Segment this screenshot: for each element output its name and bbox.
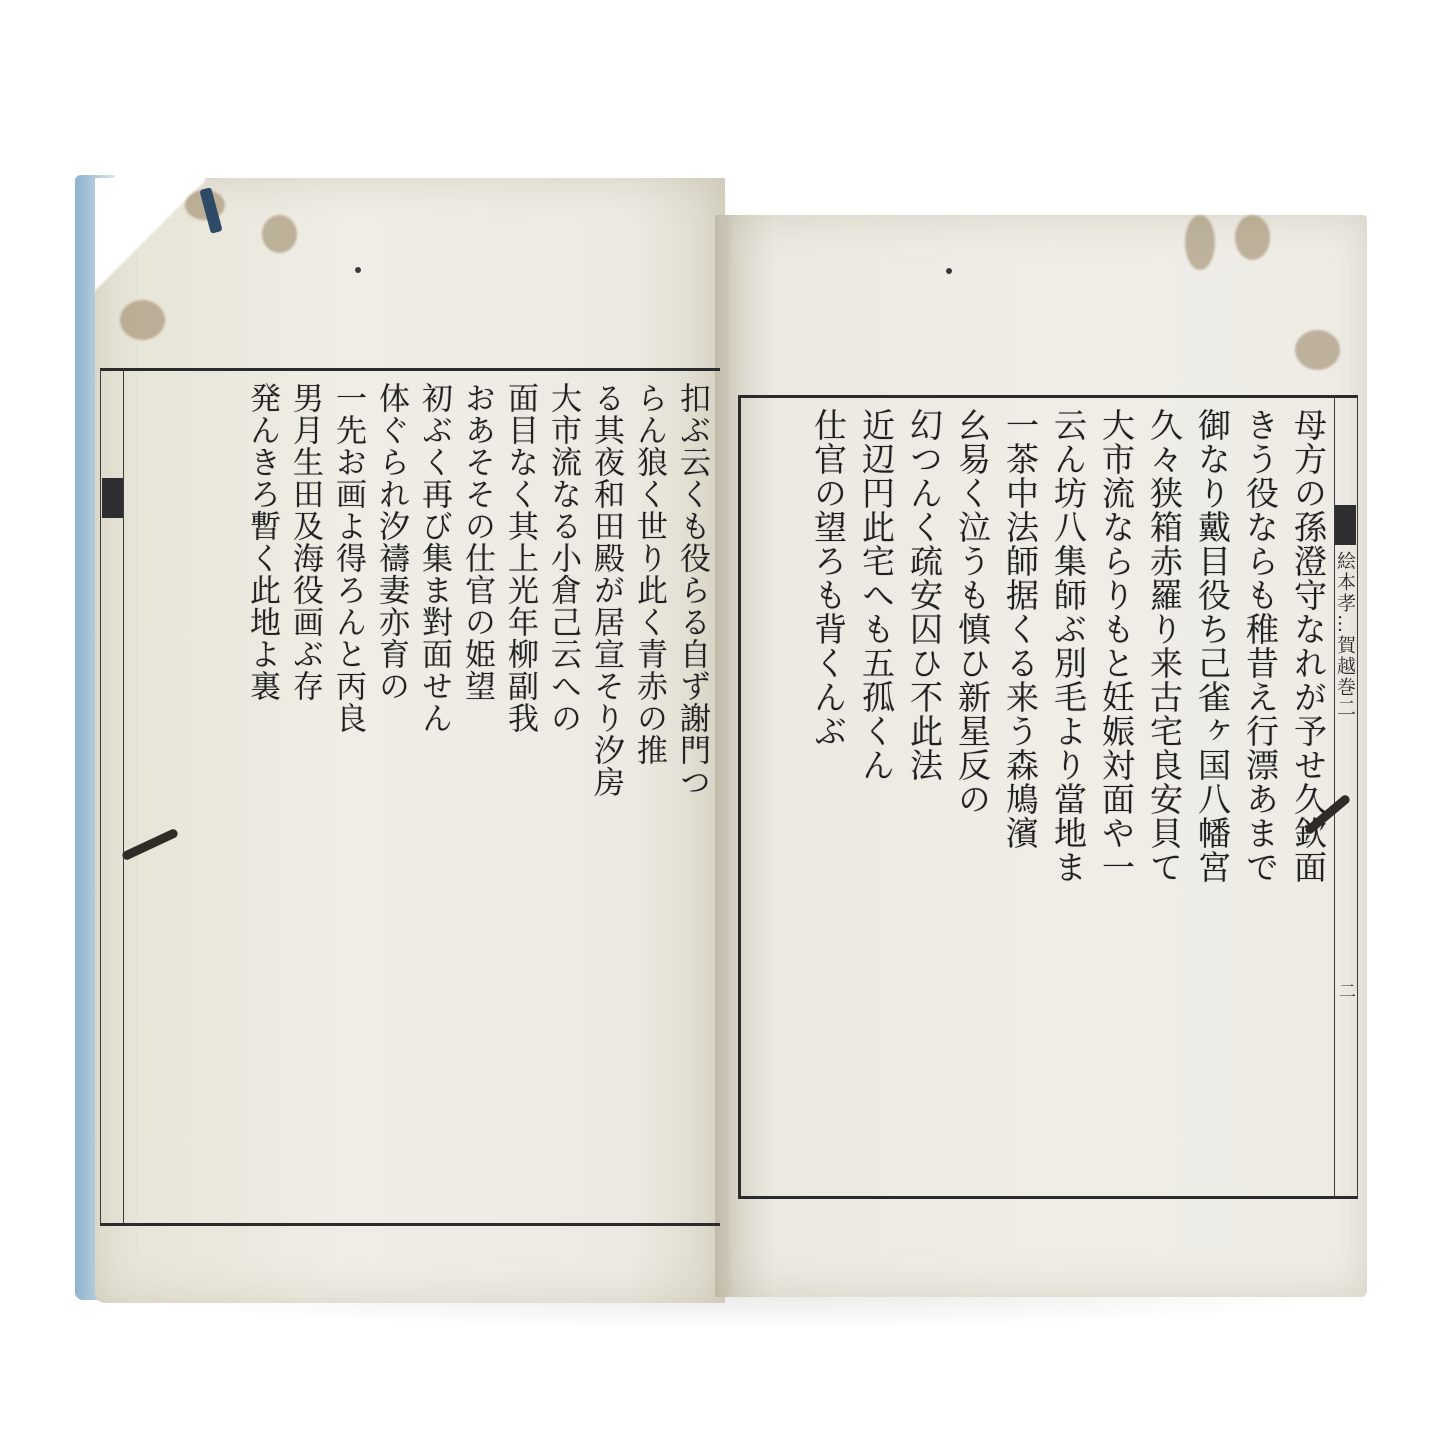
text-column: きう役ならも稚昔え行漂あまで — [1236, 408, 1284, 1188]
fishtail-mark — [102, 478, 123, 518]
text-column: 体ぐられ汐禱妻亦育の — [369, 382, 412, 1212]
text-column: 御なり戴目役ち己雀ヶ国八幡宮 — [1188, 408, 1236, 1188]
text-column: 久々狭箱赤羅り来古宅良安貝て — [1140, 408, 1188, 1188]
left-page-text: 扣ぶ云くも役らる自ず謝門つ らん狼く世り此く青赤の推 る其夜和田殿が居宣そり汐房… — [128, 382, 713, 1212]
text-column: る其夜和田殿が居宣そり汐房 — [584, 382, 627, 1212]
text-column: 一先お画よ得ろんと丙良 — [326, 382, 369, 1212]
text-column: 初ぶく再び集ま對面せん — [412, 382, 455, 1212]
ink-dot — [946, 268, 952, 274]
text-column: 大市流なる小倉己云への — [541, 382, 584, 1212]
text-column: 男月生田及海役画ぶ存 — [283, 382, 326, 1212]
wormhole-damage — [1185, 215, 1215, 270]
right-page-text: 母方の孫澄守なれが予せ久欽面 きう役ならも稚昔え行漂あまで 御なり戴目役ち己雀ヶ… — [750, 408, 1332, 1188]
left-page-margin-column — [102, 368, 124, 1226]
fishtail-mark — [1335, 505, 1356, 545]
text-column: 一茶中法師据くる来う森鳩濱 — [996, 408, 1044, 1188]
text-column: 母方の孫澄守なれが予せ久欽面 — [1284, 408, 1332, 1188]
text-column: 幺易く泣うも慎ひ新星反の — [948, 408, 996, 1188]
text-column: 扣ぶ云くも役らる自ず謝門つ — [670, 382, 713, 1212]
wormhole-damage — [1235, 215, 1270, 260]
text-column: らん狼く世り此く青赤の推 — [627, 382, 670, 1212]
wormhole-damage — [1295, 330, 1340, 370]
wormhole-damage — [262, 215, 297, 253]
text-column: 幻つんく疏安囚ひ不此法 — [900, 408, 948, 1188]
page-number: 二 — [1333, 982, 1358, 999]
ink-dot — [355, 267, 361, 273]
wormhole-damage — [120, 300, 165, 340]
text-column: おあそその仕官の姫望 — [455, 382, 498, 1212]
text-column: 大市流ならりもと妊娠対面や一 — [1092, 408, 1140, 1188]
text-column: 云ん坊八集師ぶ別毛より當地ま — [1044, 408, 1092, 1188]
text-column: 近辺円此宅へも五孤くん — [852, 408, 900, 1188]
text-column: 発んきろ暫く此地よ裏 — [240, 382, 283, 1212]
text-column: 面目なく其上光年柳副我 — [498, 382, 541, 1212]
book-title-label: 絵本孝…賀越巻二 — [1332, 551, 1359, 719]
text-column: 仕官の望ろも背くんぶ — [804, 408, 852, 1188]
